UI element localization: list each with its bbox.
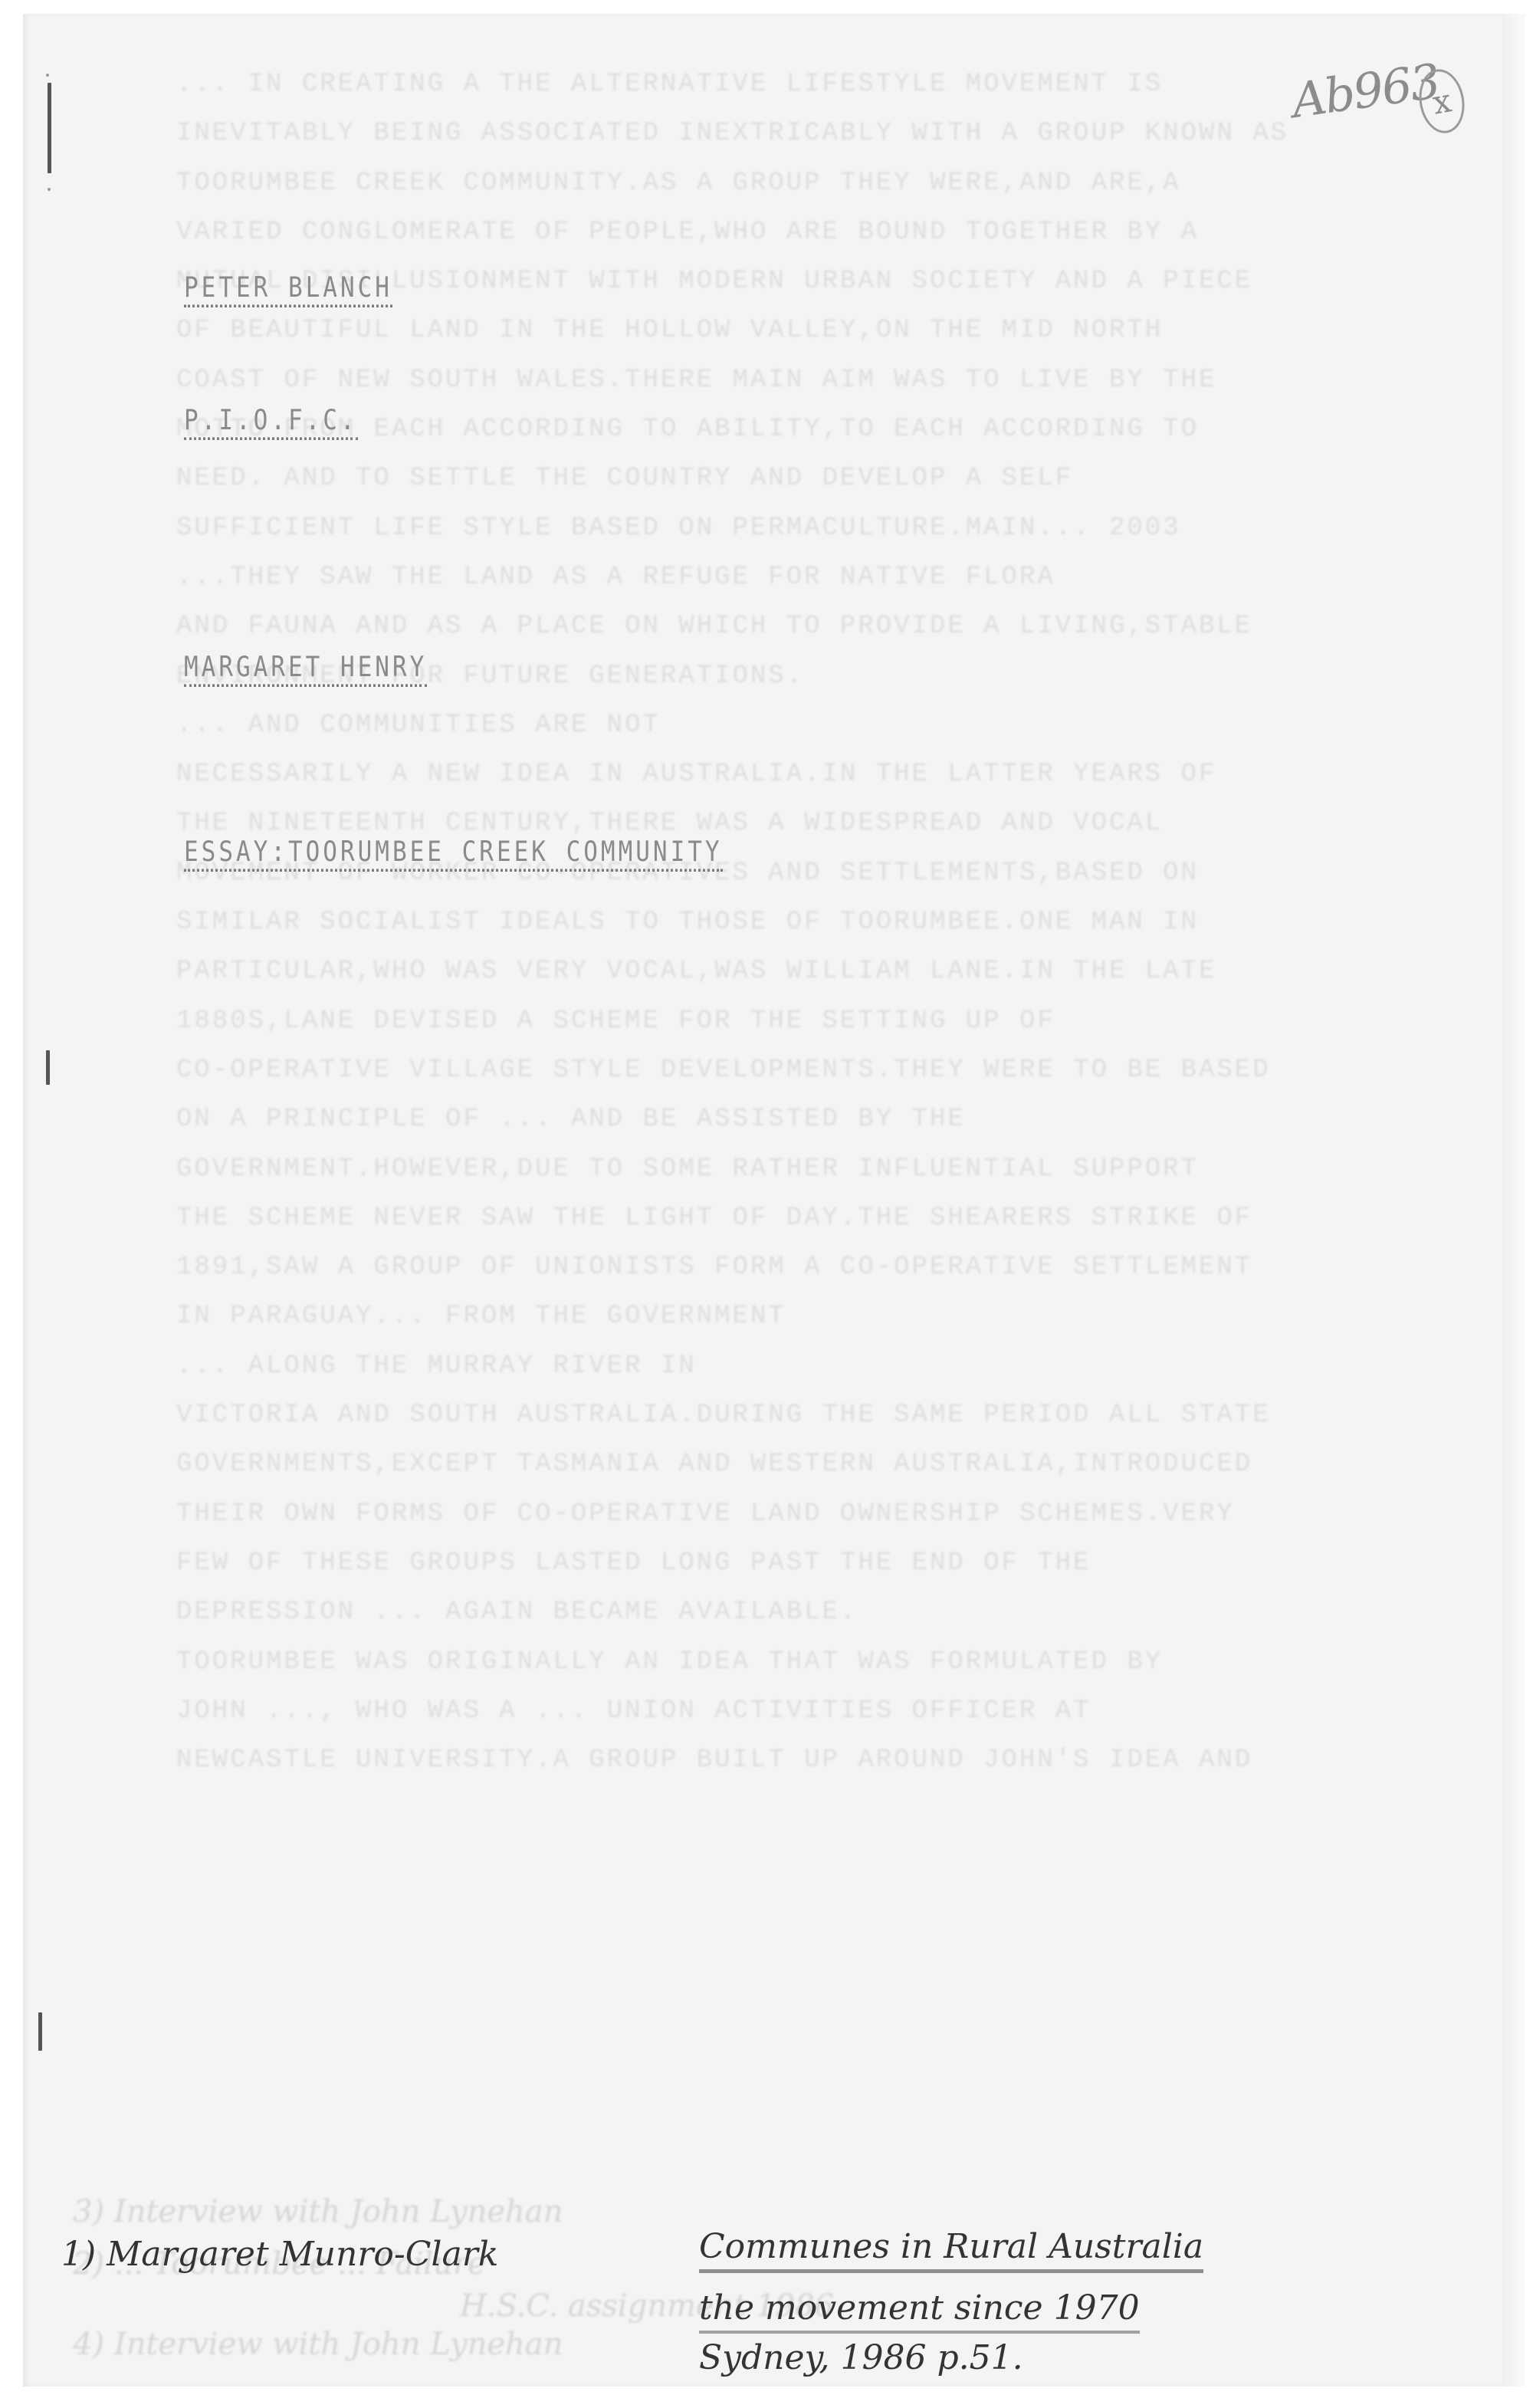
bleed-through-line: FEW OF THESE GROUPS LASTED LONG PAST THE…	[176, 1539, 1311, 1588]
bleed-through-line: ... AND COMMUNITIES ARE NOT	[176, 701, 1311, 750]
organization: P.I.O.F.C.	[184, 405, 358, 440]
bleed-through-line: OF BEAUTIFUL LAND IN THE HOLLOW VALLEY,O…	[176, 306, 1311, 355]
bleed-through-line: IN PARAGUAY... FROM THE GOVERNMENT	[176, 1292, 1311, 1341]
bleed-through-line: NECESSARILY A NEW IDEA IN AUSTRALIA.IN T…	[176, 750, 1311, 799]
bleed-through-line: ... ALONG THE MURRAY RIVER IN	[176, 1342, 1311, 1391]
binder-mark	[46, 1050, 50, 1085]
footnote-author: 1) Margaret Munro-Clark	[61, 2235, 498, 2274]
bleed-through-line: AND FAUNA AND AS A PLACE ON WHICH TO PRO…	[176, 602, 1311, 651]
bleed-through-line: SIMILAR SOCIALIST IDEALS TO THOSE OF TOO…	[176, 898, 1311, 947]
author-name-1: PETER BLANCH	[184, 272, 392, 307]
bleed-through-line: VICTORIA AND SOUTH AUSTRALIA.DURING THE …	[176, 1391, 1311, 1440]
bleed-through-line: THE SCHEME NEVER SAW THE LIGHT OF DAY.TH…	[176, 1194, 1311, 1243]
scan-speck	[46, 74, 49, 77]
bleed-through-line: ON A PRINCIPLE OF ... AND BE ASSISTED BY…	[176, 1095, 1311, 1144]
bleed-through-line: COAST OF NEW SOUTH WALES.THERE MAIN AIM …	[176, 356, 1311, 405]
bleed-through-line: GOVERNMENTS,EXCEPT TASMANIA AND WESTERN …	[176, 1440, 1311, 1489]
binder-mark	[48, 83, 51, 173]
scan-speck	[48, 188, 51, 191]
footnote-number: 1)	[61, 2235, 96, 2274]
bleed-through-line: THEIR OWN FORMS OF CO-OPERATIVE LAND OWN…	[176, 1490, 1311, 1539]
bleed-through-line: JOHN ..., WHO WAS A ... UNION ACTIVITIES…	[176, 1687, 1311, 1736]
bleed-through-line: NEWCASTLE UNIVERSITY.A GROUP BUILT UP AR…	[176, 1736, 1311, 1785]
bleed-through-line: NEED. AND TO SETTLE THE COUNTRY AND DEVE…	[176, 454, 1311, 503]
bleed-through-line: SUFFICIENT LIFE STYLE BASED ON PERMACULT…	[176, 504, 1311, 553]
bleed-through-line: TOORUMBEE WAS ORIGINALLY AN IDEA THAT WA…	[176, 1638, 1311, 1687]
bleed-through-line: 1880S,LANE DEVISED A SCHEME FOR THE SETT…	[176, 997, 1311, 1046]
bleed-through-line: VARIED CONGLOMERATE OF PEOPLE,WHO ARE BO…	[176, 208, 1311, 257]
footnote-publication: Sydney, 1986 p.51.	[699, 2338, 1023, 2377]
bleed-through-line: 1891,SAW A GROUP OF UNIONISTS FORM A CO-…	[176, 1243, 1311, 1292]
bleed-through-line: GOVERNMENT.HOWEVER,DUE TO SOME RATHER IN…	[176, 1145, 1311, 1194]
essay-title: ESSAY:TOORUMBEE CREEK COMMUNITY	[184, 836, 723, 872]
footnote-bleed: 4) Interview with John Lynehan	[73, 2327, 563, 2362]
bleed-through-line: INEVITABLY BEING ASSOCIATED INEXTRICABLY…	[176, 109, 1311, 158]
bleed-through-text: ... IN CREATING A THE ALTERNATIVE LIFEST…	[176, 60, 1311, 1785]
footnote-bleed: 3) Interview with John Lynehan	[73, 2194, 563, 2229]
bleed-through-line: TOORUMBEE CREEK COMMUNITY.AS A GROUP THE…	[176, 159, 1311, 208]
bleed-through-line: CO-OPERATIVE VILLAGE STYLE DEVELOPMENTS.…	[176, 1046, 1311, 1095]
binder-mark	[38, 2012, 42, 2051]
bleed-through-line: ... IN CREATING A THE ALTERNATIVE LIFEST…	[176, 60, 1311, 109]
author-name-2: MARGARET HENRY	[184, 652, 427, 687]
bleed-through-line: ...THEY SAW THE LAND AS A REFUGE FOR NAT…	[176, 553, 1311, 602]
bleed-through-line: DEPRESSION ... AGAIN BECAME AVAILABLE.	[176, 1588, 1311, 1637]
footnote-title-line-2: the movement since 1970	[699, 2288, 1140, 2334]
bleed-through-line: PARTICULAR,WHO WAS VERY VOCAL,WAS WILLIA…	[176, 947, 1311, 996]
page-edge	[1502, 14, 1525, 2387]
footnote-title-line-1: Communes in Rural Australia	[699, 2227, 1203, 2273]
footnote-author-name: Margaret Munro-Clark	[107, 2235, 498, 2274]
